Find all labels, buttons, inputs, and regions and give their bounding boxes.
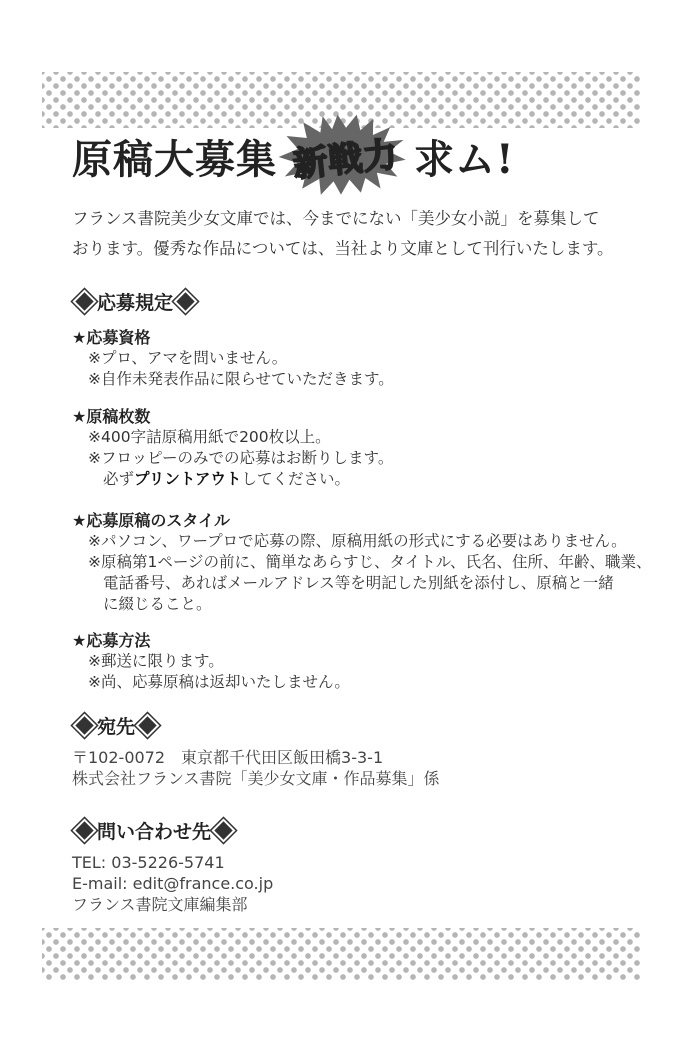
method-line: ※尚、応募原稿は返却いたしません。 [72,672,350,693]
diamond-icon [75,292,93,310]
diamond-icon [138,716,156,734]
contact-email: E-mail: edit@france.co.jp [72,873,273,894]
pages-line: ※フロッピーのみでの応募はお断りします。 [72,448,393,469]
rules-section: 応募規定 ★応募資格 ※プロ、アマを問いません。 ※自作未発表作品に限らせていた… [72,288,394,390]
address-title-text: 宛先 [97,712,135,739]
contact-dept: フランス書院文庫編集部 [72,894,273,915]
style-section: ★応募原稿のスタイル ※パソコン、ワープロで応募の際、原稿用紙の形式にする必要は… [72,500,652,615]
pages-line-printout: 必ずプリントアウトしてください。 [72,469,393,490]
contact-title-text: 問い合わせ先 [97,817,211,844]
printout-bold: プリントアウト [134,470,241,488]
method-line: ※郵送に限ります。 [72,651,350,672]
contact-title: 問い合わせ先 [72,817,273,844]
contact-section: 問い合わせ先 TEL: 03-5226-5741 E-mail: edit@fr… [72,817,273,915]
burst-badge: 新戦力 [280,121,410,191]
printout-pre: 必ず [103,470,134,488]
style-line: に綴じること。 [72,594,652,615]
pages-heading: ★原稿枚数 [72,404,393,427]
pages-section: ★原稿枚数 ※400字詰原稿用紙で200枚以上。 ※フロッピーのみでの応募はお断… [72,396,393,490]
diamond-icon [214,821,232,839]
address-title: 宛先 [72,712,440,739]
eligibility-line: ※プロ、アマを問いません。 [72,348,394,369]
diamond-icon [75,821,93,839]
address-section: 宛先 〒102-0072 東京都千代田区飯田橋3-3-1 株式会社フランス書院「… [72,712,440,789]
address-line: 株式会社フランス書院「美少女文庫・作品募集」係 [72,768,440,789]
style-heading: ★応募原稿のスタイル [72,508,652,531]
eligibility-line: ※自作未発表作品に限らせていただきます。 [72,369,394,390]
contact-tel: TEL: 03-5226-5741 [72,852,273,873]
headline-main: 原稿大募集 [72,128,277,185]
rules-title: 応募規定 [72,288,394,315]
headline-tail: 求ム! [414,128,515,185]
address-line: 〒102-0072 東京都千代田区飯田橋3-3-1 [72,747,440,768]
headline: 原稿大募集 新戦力 求ム! [72,126,515,186]
pages-line: ※400字詰原稿用紙で200枚以上。 [72,427,393,448]
eligibility-heading: ★応募資格 [72,325,394,348]
style-line: ※パソコン、ワープロで応募の際、原稿用紙の形式にする必要はありません。 [72,531,652,552]
printout-post: してください。 [241,470,350,488]
rules-title-text: 応募規定 [97,288,173,315]
halftone-band-bottom [42,928,640,980]
diamond-icon [75,716,93,734]
method-heading: ★応募方法 [72,628,350,651]
intro-text: フランス書院美少女文庫では、今までにない「美少女小説」を募集して おります。優秀… [72,204,614,264]
style-line: ※原稿第1ページの前に、簡単なあらすじ、タイトル、氏名、住所、年齢、職業、 [72,552,652,573]
intro-line: おります。優秀な作品については、当社より文庫として刊行いたします。 [72,234,614,264]
method-section: ★応募方法 ※郵送に限ります。 ※尚、応募原稿は返却いたしません。 [72,620,350,693]
diamond-icon [176,292,194,310]
style-line: 電話番号、あればメールアドレス等を明記した別紙を添付し、原稿と一緒 [72,573,652,594]
intro-line: フランス書院美少女文庫では、今までにない「美少女小説」を募集して [72,204,614,234]
